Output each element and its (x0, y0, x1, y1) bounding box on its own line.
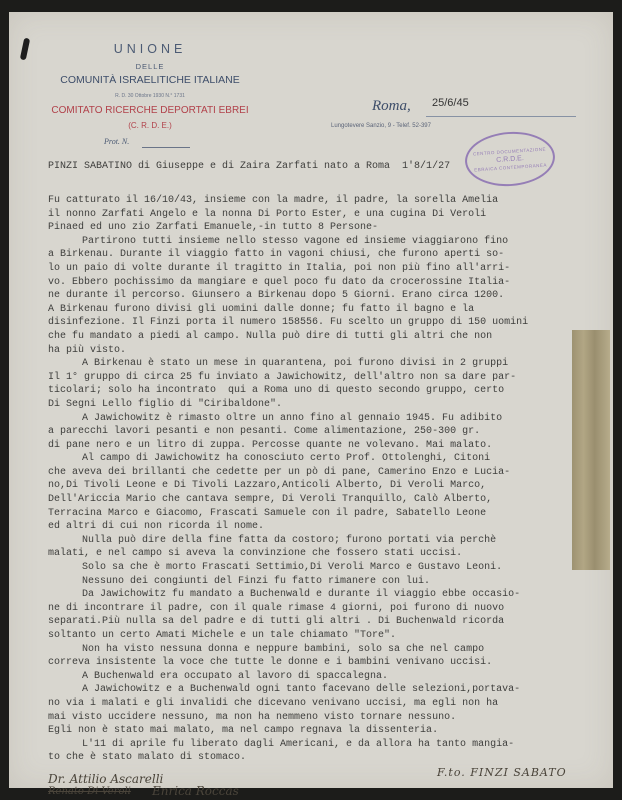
letterhead-acronym: (C. R. D. E.) (60, 121, 240, 130)
body-line: a parecchi lavori pesanti e non pesanti.… (48, 425, 528, 439)
body-line: Il 1° gruppo di circa 25 fu inviato a Ja… (48, 371, 528, 385)
body-line: ne di incontrare il padre, con il quale … (48, 602, 528, 616)
body-line: mai visto uccidere nessuno, ma non ha ne… (48, 711, 528, 725)
testimony-body: Fu catturato il 16/10/43, insieme con la… (48, 194, 528, 765)
letterhead-comunita: COMUNITÀ ISRAELITICHE ITALIANE (40, 74, 260, 86)
body-line: Al campo di Jawichowitz ha conosciuto ce… (48, 452, 528, 466)
body-line: ticolari; solo ha incontrato qui a Roma … (48, 384, 528, 398)
address-line: Lungotevere Sanzio, 9 - Telef. 52-397 (331, 123, 431, 129)
city-label: Roma, (372, 98, 411, 115)
body-line: L'11 di aprile fu liberato dagli America… (48, 738, 528, 752)
body-line: A Birkenau è stato un mese in quarantena… (48, 357, 528, 371)
body-line: Non ha visto nessuna donna e neppure bam… (48, 643, 528, 657)
body-line: correva insistente la voce che tutte le … (48, 656, 528, 670)
body-line: Terracina Marco e Giacomo, Frascati Samu… (48, 507, 528, 521)
body-line: A Jawichowitz e a Buchenwald ogni tanto … (48, 683, 528, 697)
document-date: 25/6/45 (432, 97, 469, 109)
body-line: che aveva dei brillanti che cedette per … (48, 466, 528, 480)
body-line: ha più visto. (48, 344, 528, 358)
body-line: Da Jawichowitz fu mandato a Buchenwald e… (48, 588, 528, 602)
protocol-label: Prot. N. (104, 137, 129, 146)
body-line: to che è stato malato di stomaco. (48, 751, 528, 765)
letterhead-unione: UNIONE (60, 42, 240, 56)
body-line: A Jawichowitz è rimasto oltre un anno fi… (48, 412, 528, 426)
date-underline (426, 116, 576, 117)
body-line: Partirono tutti insieme nello stesso vag… (48, 235, 528, 249)
signature-roccas: Enrica Roccas (152, 784, 239, 798)
body-line: separati.Più nulla sa del padre e di tut… (48, 615, 528, 629)
subject-heading: PINZI SABATINO di Giuseppe e di Zaira Za… (48, 160, 450, 174)
body-line: a Birkenau. Durante il viaggio fatto in … (48, 248, 528, 262)
body-line: il nonno Zarfati Angelo e la nonna Di Po… (48, 208, 528, 222)
signature-finzi: F.to. FINZI SABATO (437, 766, 567, 779)
body-line: ne durante il percorso. Giunsero a Birke… (48, 289, 528, 303)
body-line: Dell'Ariccia Mario che cantava sempre, D… (48, 493, 528, 507)
protocol-line (142, 147, 190, 148)
signature-struck: Renato Di Veroli (48, 786, 131, 797)
stamp-center-text: C.R.D.E. (496, 155, 524, 164)
body-line: malati, e nel campo si aveva la convinzi… (48, 547, 528, 561)
body-line: Pinaed ed uno zio Zarfati Emanuele,-in t… (48, 221, 528, 235)
body-line: Nulla può dire della fine fatta da costo… (48, 534, 528, 548)
body-line: Egli non è stato mai malato, ma nel camp… (48, 724, 528, 738)
body-line: A Birkenau furono divisi gli uomini dall… (48, 303, 528, 317)
body-line: ed altri di cui non ricorda il nome. (48, 520, 528, 534)
body-line: Solo sa che è morto Frascati Settimio,Di… (48, 561, 528, 575)
body-line: disinfezione. Il Finzi porta il numero 1… (48, 316, 528, 330)
body-line: di pane nero e un litro di zuppa. Percos… (48, 439, 528, 453)
body-line: vo. Ebbero pochissimo da mangiare e quel… (48, 276, 528, 290)
stamp-bottom-text: EBRAICA CONTEMPORANEA (474, 162, 547, 172)
letterhead-delle: DELLE (60, 62, 240, 71)
signature-ascarelli: Dr. Attilio Ascarelli (48, 772, 163, 786)
letterhead-comitato: COMITATO RICERCHE DEPORTATI EBREI (40, 105, 260, 116)
body-line: soltanto un certo Amati Michele e un tal… (48, 629, 528, 643)
letterhead-decree: R. D. 30 Ottobre 1930 N.° 1731 (60, 93, 240, 99)
body-line: Fu catturato il 16/10/43, insieme con la… (48, 194, 528, 208)
body-line: no via i malati e gli invalidi che dicev… (48, 697, 528, 711)
body-line: lo un paio di volte durante il tragitto … (48, 262, 528, 276)
body-line: no,Di Tivoli Leone e Di Tivoli Lazzaro,A… (48, 479, 528, 493)
body-line: Di Segni Lello figlio di "Ciribaldone". (48, 398, 528, 412)
adhesive-tape (572, 330, 610, 570)
body-line: A Buchenwald era occupato al lavoro di s… (48, 670, 528, 684)
body-line: che fu mandato a piedi al campo. Nulla p… (48, 330, 528, 344)
body-line: Nessuno dei congiunti del Finzi fu fatto… (48, 575, 528, 589)
